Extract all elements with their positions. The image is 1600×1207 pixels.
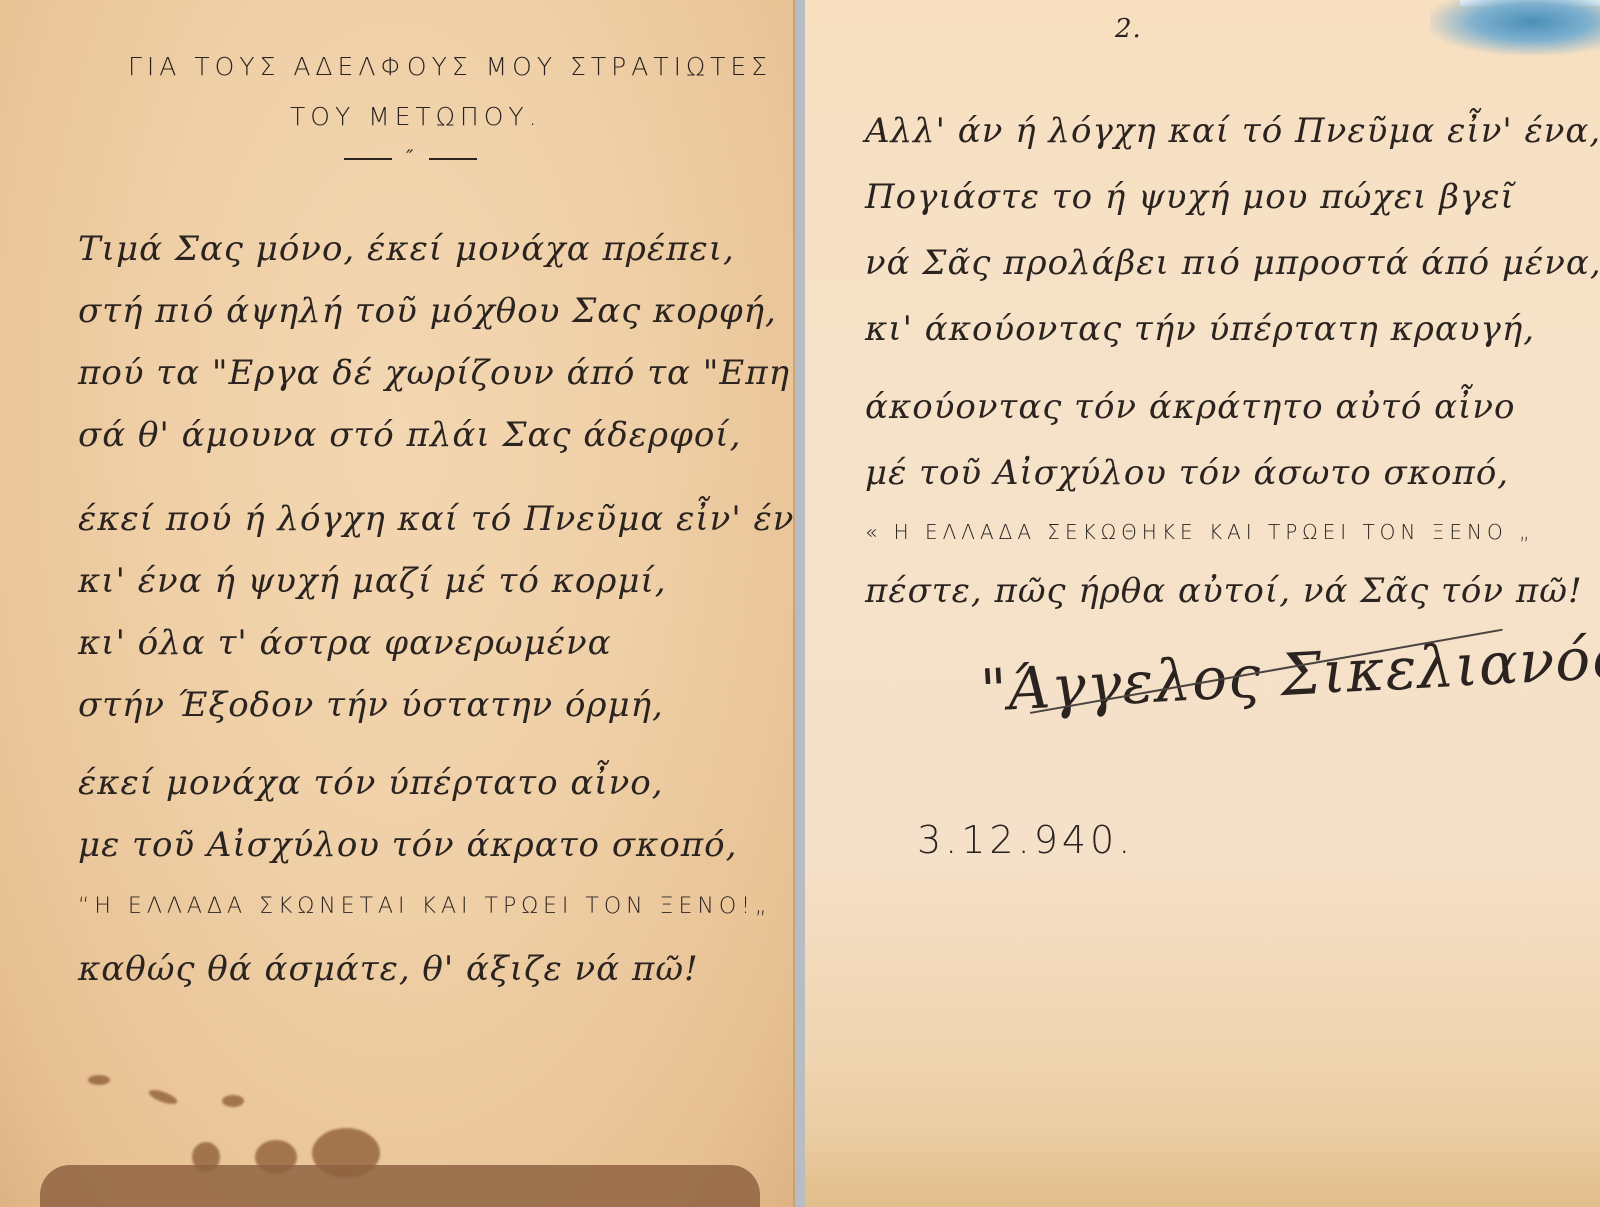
divider-mark: ″ [406, 145, 415, 169]
verse-line: Τιμά Σας μόνο, έκεί μονάχα πρέπει, [78, 218, 790, 280]
verse-line-quotation: “Η ΕΛΛΑΔΑ ΣΚΩΝΕΤΑΙ ΚΑΙ ΤΡΩΕΙ ΤΟΝ ΞΕΝΟ!„ [78, 876, 771, 938]
divider-rule-right [429, 158, 477, 160]
ink-stain [88, 1075, 110, 1085]
ink-stain [147, 1087, 179, 1107]
verse-line: έκεί πού ή λόγχη καί τό Πνεῦμα εἶν' ένα, [78, 488, 795, 550]
poem-title-line-1: ΓΙΑ ΤΟΥΣ ΑΔΕΛΦΟΥΣ ΜΟΥ ΣΤΡΑΤΙΩΤΕΣ [128, 52, 772, 81]
verse-line: κι' άκούοντας τήν ύπέρτατη κραυγή, [865, 296, 1600, 362]
verse-line: Πογιάστε το ή ψυχή μου πώχει βγεῖ [865, 164, 1600, 230]
verse-line: νά Σᾶς προλάβει πιό μπροστά άπό μένα, [865, 230, 1600, 296]
verse-line: έκεί μονάχα τόν ύπέρτατο αἶνο, [78, 752, 771, 814]
paper-discoloration [805, 1137, 1600, 1207]
verse-line: καθώς θά άσμάτε, θ' άξιζε νά πῶ! [78, 938, 771, 1000]
page-number: 2. [1115, 14, 1142, 44]
author-signature: "Άγγελος Σικελιανός [979, 623, 1600, 725]
manuscript-date: 3.12.940. [917, 818, 1134, 862]
verse-line: πού τα "Εργα δέ χωρίζουν άπό τα "Επη [78, 342, 790, 404]
poem-title-line-2: ΤΟΥ ΜΕΤΩΠΟΥ. [290, 102, 542, 131]
ink-stain [222, 1095, 244, 1107]
stanza-4: Αλλ' άν ή λόγχη καί τό Πνεῦμα εἶν' ένα, … [865, 98, 1600, 362]
stanza-5: άκούοντας τόν άκράτητο αὐτό αἶνο μέ τοῦ … [865, 374, 1583, 624]
stanza-2: έκεί πού ή λόγχη καί τό Πνεῦμα εἶν' ένα,… [78, 488, 795, 736]
page-gutter [795, 0, 805, 1207]
ink-stain-band [40, 1165, 760, 1207]
verse-line: σά θ' άμουνα στό πλάι Σας άδερφοί, [78, 404, 790, 466]
stanza-3: έκεί μονάχα τόν ύπέρτατο αἶνο, με τοῦ Αἰ… [78, 752, 771, 1000]
verse-line: κι' ένα ή ψυχή μαζί μέ τό κορμί, [78, 550, 795, 612]
verse-line: Αλλ' άν ή λόγχη καί τό Πνεῦμα εἶν' ένα, [865, 98, 1600, 164]
verse-line: πέστε, πῶς ήρθα αὐτοί, νά Σᾶς τόν πῶ! [865, 558, 1583, 624]
title-divider: ″ [330, 145, 491, 169]
stanza-1: Τιμά Σας μόνο, έκεί μονάχα πρέπει, στή π… [78, 218, 790, 466]
verse-line: μέ τοῦ Αἰσχύλου τόν άσωτο σκοπό, [865, 440, 1583, 506]
manuscript-page-1: ΓΙΑ ΤΟΥΣ ΑΔΕΛΦΟΥΣ ΜΟΥ ΣΤΡΑΤΙΩΤΕΣ ΤΟΥ ΜΕΤ… [0, 0, 795, 1207]
verse-line: στήν Έξοδον τήν ύστατην όρμή, [78, 674, 795, 736]
blue-ink-stain [1430, 0, 1600, 55]
divider-rule-left [344, 158, 392, 160]
verse-line: με τοῦ Αἰσχύλου τόν άκρατο σκοπό, [78, 814, 771, 876]
verse-line-quotation: « Η ΕΛΛΑΔΑ ΣΕΚΩΘΗΚΕ ΚΑΙ ΤΡΩΕΙ ΤΟΝ ΞΕΝΟ „ [865, 506, 1583, 558]
manuscript-page-2: 2. Αλλ' άν ή λόγχη καί τό Πνεῦμα εἶν' έν… [805, 0, 1600, 1207]
verse-line: κι' όλα τ' άστρα φανερωμένα [78, 612, 795, 674]
verse-line: άκούοντας τόν άκράτητο αὐτό αἶνο [865, 374, 1583, 440]
verse-line: στή πιό άψηλή τοῦ μόχθου Σας κορφή, [78, 280, 790, 342]
